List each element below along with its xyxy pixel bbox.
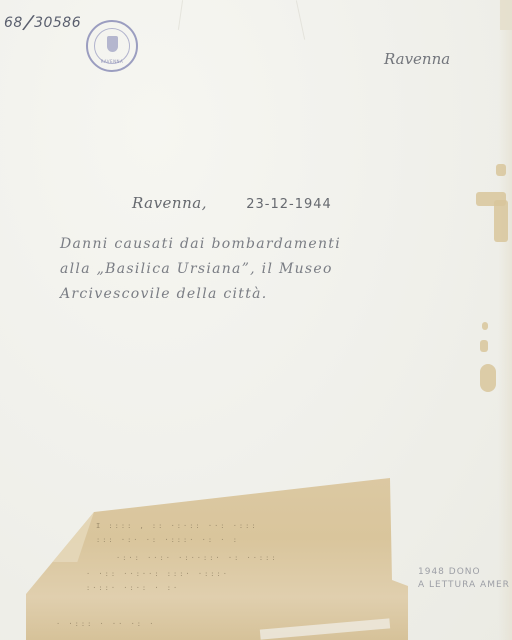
paper-stain bbox=[494, 200, 508, 242]
donation-stamp-line: 1948 DONO bbox=[418, 566, 510, 579]
document-page: 68/30586 RAVENNA Ravenna Ravenna, 23-12-… bbox=[0, 0, 512, 640]
clipping-faded-text: I :::: , :: ·:·:: ··: ·::: bbox=[96, 522, 258, 530]
inventory-value: 30586 bbox=[34, 15, 81, 31]
clipping-faded-text: :·::· ·:·: · :· bbox=[86, 584, 179, 592]
clipping-faded-text: · ·:: ··:··: :::· ·:::· bbox=[86, 570, 229, 578]
inventory-number: 68/30586 bbox=[4, 8, 81, 32]
donation-stamp: 1948 DONO A LETTURA AMER bbox=[418, 566, 510, 592]
paper-crease bbox=[178, 0, 183, 30]
note-line: Danni causati dai bombardamenti bbox=[60, 236, 341, 252]
heading-date: 23-12-1944 bbox=[246, 197, 332, 212]
paper-stain bbox=[480, 340, 488, 352]
clipping-faded-text: ::: ·:· ·: ·:::· ·: · : bbox=[96, 536, 239, 544]
paper-stain bbox=[480, 364, 496, 392]
attached-clipping: I :::: , :: ·:·:: ··: ·::: ::: ·:· ·: ·:… bbox=[26, 470, 408, 640]
clipping-faded-text: · ·::: · ·· ·: · bbox=[56, 620, 155, 628]
note-line: alla „Basilica Ursiana”, il Museo bbox=[60, 261, 333, 277]
stamp-text: RAVENNA bbox=[88, 59, 136, 64]
slash-separator: / bbox=[23, 10, 34, 35]
paper-stain bbox=[496, 164, 506, 176]
note-line: Arcivescovile della città. bbox=[60, 286, 268, 302]
heading-place: Ravenna, bbox=[132, 194, 207, 212]
coat-of-arms-icon bbox=[107, 36, 118, 52]
inventory-prefix: 68 bbox=[4, 15, 23, 31]
top-right-place-label: Ravenna bbox=[384, 50, 450, 68]
donation-stamp-line: A LETTURA AMER bbox=[418, 579, 510, 592]
museum-stamp-icon: RAVENNA bbox=[86, 20, 138, 72]
clipping-faded-text: ·:·: ··:· ·:··::· ·: ··::: bbox=[116, 554, 278, 562]
paper-stain bbox=[482, 322, 488, 330]
heading-line: Ravenna, 23-12-1944 bbox=[132, 194, 332, 212]
paper-crease bbox=[296, 0, 305, 39]
paper-edge-shadow bbox=[498, 0, 512, 640]
